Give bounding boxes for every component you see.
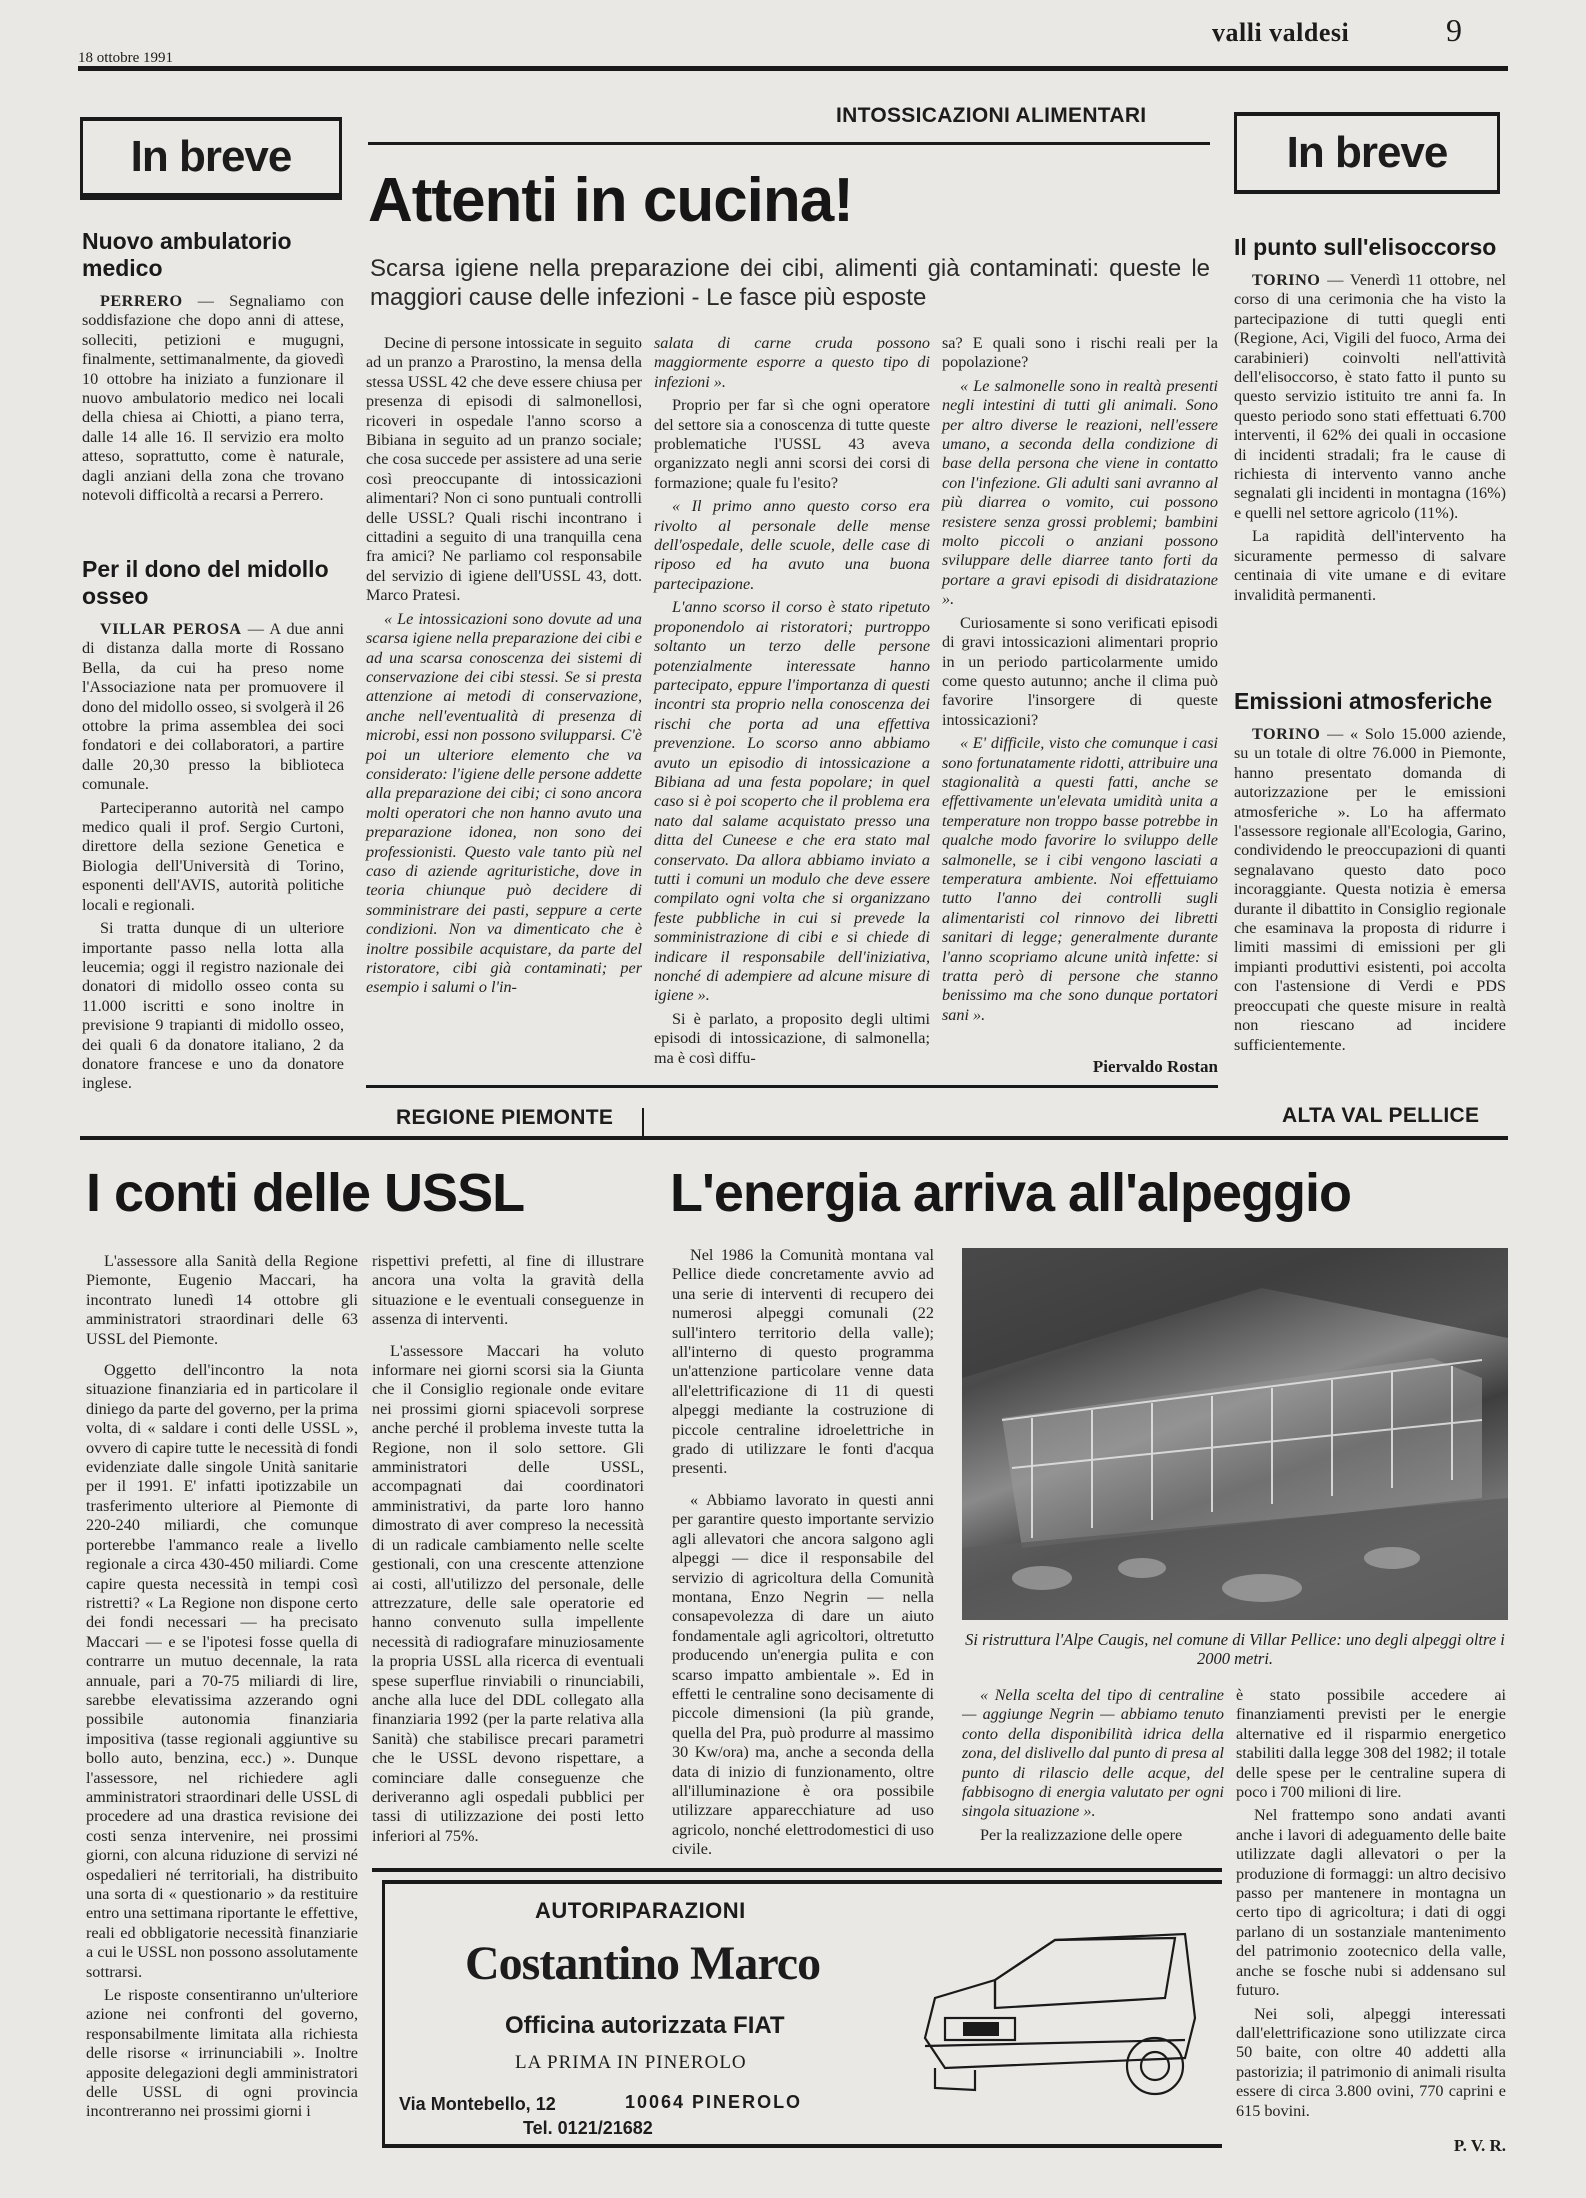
brief-title: Il punto sull'elisoccorso xyxy=(1234,234,1506,261)
dateline: TORINO xyxy=(1252,271,1320,289)
main-bottom-rule xyxy=(366,1085,1218,1088)
paragraph: Le risposte consentiranno un'ulteriore a… xyxy=(86,1986,358,2122)
paragraph: « Nella scelta del tipo di centraline — … xyxy=(962,1686,1224,1822)
paragraph: L'assessore Maccari ha voluto informare … xyxy=(372,1342,644,1847)
ad-city: 10064 PINEROLO xyxy=(625,2092,802,2113)
publication-name: valli valdesi xyxy=(1212,18,1349,48)
brief-body: TORINO — « Solo 15.000 aziende, su un to… xyxy=(1234,725,1506,1055)
brief-emissioni: Emissioni atmosferiche TORINO — « Solo 1… xyxy=(1234,688,1506,1055)
main-col-3: sa? E quali sono i rischi reali per la p… xyxy=(942,334,1218,1025)
car-illustration-icon xyxy=(905,1928,1205,2108)
alpeggio-col-3: è stato possibile accedere ai finanziame… xyxy=(1236,1686,1506,2121)
paragraph: Si è parlato, a proposito degli ultimi e… xyxy=(654,1010,930,1068)
paragraph: « Abbiamo lavorato in questi anni per ga… xyxy=(672,1491,934,1860)
advertisement-box: AUTORIPARAZIONI Costantino Marco Officin… xyxy=(382,1880,1222,2148)
photo-caption: Si ristruttura l'Alpe Caugis, nel comune… xyxy=(962,1630,1508,1668)
main-byline: Piervaldo Rostan xyxy=(942,1057,1218,1077)
dateline: TORINO xyxy=(1252,725,1320,743)
paragraph: salata di carne cruda possono maggiormen… xyxy=(654,334,930,392)
paragraph: « Le intossicazioni sono dovute ad una s… xyxy=(366,610,642,998)
main-kicker-rule xyxy=(368,142,1210,145)
ad-slogan: LA PRIMA IN PINEROLO xyxy=(515,2052,747,2074)
left-brief-top-rule xyxy=(80,197,342,200)
ussl-headline: I conti delle USSL xyxy=(86,1162,524,1224)
ad-category: AUTORIPARAZIONI xyxy=(535,1898,746,1924)
ad-phone: Tel. 0121/21682 xyxy=(523,2118,653,2139)
in-breve-label-right: In breve xyxy=(1234,112,1500,194)
main-headline: Attenti in cucina! xyxy=(368,166,853,236)
masthead-rule xyxy=(78,66,1508,71)
paragraph: rispettivi prefetti, al fine di illustra… xyxy=(372,1252,644,1330)
paragraph: Si tratta dunque di un ulteriore importa… xyxy=(82,919,344,1094)
paragraph: « E' difficile, visto che comunque i cas… xyxy=(942,734,1218,1025)
bottom-section-divider xyxy=(642,1108,644,1138)
paragraph: Curiosamente si sono verificati episodi … xyxy=(942,614,1218,730)
ussl-col-1: L'assessore alla Sanità della Regione Pi… xyxy=(86,1252,358,2122)
brief-midollo: Per il dono del midollo osseo VILLAR PER… xyxy=(82,556,344,1094)
paragraph: Nei soli, alpeggi interessati dall'elett… xyxy=(1236,2005,1506,2121)
ussl-col-2: rispettivi prefetti, al fine di illustra… xyxy=(372,1252,644,1846)
page-number: 9 xyxy=(1446,12,1462,49)
paragraph: sa? E quali sono i rischi reali per la p… xyxy=(942,334,1218,373)
paragraph: Nel frattempo sono andati avanti anche i… xyxy=(1236,1806,1506,2000)
main-col-2: salata di carne cruda possono maggiormen… xyxy=(654,334,930,1068)
paragraph: La rapidità dell'intervento ha sicuramen… xyxy=(1234,527,1506,605)
paragraph: Oggetto dell'incontro la nota situazione… xyxy=(86,1361,358,1982)
paragraph: Proprio per far sì che ogni operatore de… xyxy=(654,396,930,493)
ad-tagline: Officina autorizzata FIAT xyxy=(505,2012,785,2040)
paragraph: « Le salmonelle sono in realtà presenti … xyxy=(942,377,1218,610)
ad-address: Via Montebello, 12 xyxy=(399,2094,556,2115)
main-col-1: Decine di persone intossicate in seguito… xyxy=(366,334,642,998)
brief-title: Nuovo ambulatorio medico xyxy=(82,228,344,282)
alpeggio-headline: L'energia arriva all'alpeggio xyxy=(670,1162,1351,1224)
main-subhead: Scarsa igiene nella preparazione dei cib… xyxy=(370,254,1210,312)
brief-elisoccorso: Il punto sull'elisoccorso TORINO — Vener… xyxy=(1234,234,1506,605)
main-kicker: INTOSSICAZIONI ALIMENTARI xyxy=(836,104,1146,128)
alpeggio-col-2: « Nella scelta del tipo di centraline — … xyxy=(962,1686,1224,1845)
paragraph: Parteciperanno autorità nel campo medico… xyxy=(82,799,344,915)
paragraph: — A due anni di distanza dalla morte di … xyxy=(82,620,344,793)
paragraph: è stato possibile accedere ai finanziame… xyxy=(1236,1686,1506,1802)
ad-top-rule xyxy=(372,1868,1222,1872)
brief-ambulatorio: Nuovo ambulatorio medico PERRERO — Segna… xyxy=(82,228,344,505)
alpeggio-kicker: ALTA VAL PELLICE xyxy=(1282,1104,1479,1128)
paragraph: Nel 1986 la Comunità montana val Pellice… xyxy=(672,1246,934,1479)
dateline: PERRERO xyxy=(100,292,183,310)
brief-body: VILLAR PEROSA — A due anni di distanza d… xyxy=(82,620,344,1094)
brief-title: Emissioni atmosferiche xyxy=(1234,688,1506,715)
paragraph: « Il primo anno questo corso era rivolto… xyxy=(654,497,930,594)
paragraph: L'anno scorso il corso è stato ripetuto … xyxy=(654,598,930,1006)
brief-title: Per il dono del midollo osseo xyxy=(82,556,344,610)
paragraph: — Segnaliamo con soddisfazione che dopo … xyxy=(82,292,344,504)
paragraph: — « Solo 15.000 aziende, su un totale di… xyxy=(1234,725,1506,1054)
brief-body: PERRERO — Segnaliamo con soddisfazione c… xyxy=(82,292,344,505)
ad-business-name: Costantino Marco xyxy=(465,1936,820,1991)
paragraph: — Venerdì 11 ottobre, nel corso di una c… xyxy=(1234,271,1506,522)
ussl-kicker: REGIONE PIEMONTE xyxy=(396,1106,613,1130)
paragraph: Decine di persone intossicate in seguito… xyxy=(366,334,642,606)
alpeggio-intro: Nel 1986 la Comunità montana val Pellice… xyxy=(672,1246,934,1860)
paragraph: Per la realizzazione delle opere xyxy=(962,1826,1224,1845)
bottom-section-rule xyxy=(80,1136,1508,1140)
alpeggio-byline: P. V. R. xyxy=(1236,2136,1506,2156)
in-breve-label-left: In breve xyxy=(80,117,342,197)
paragraph: L'assessore alla Sanità della Regione Pi… xyxy=(86,1252,358,1349)
brief-body: TORINO — Venerdì 11 ottobre, nel corso d… xyxy=(1234,271,1506,605)
page-date: 18 ottobre 1991 xyxy=(78,50,173,67)
alpe-caugis-photo xyxy=(962,1248,1508,1620)
building-site-illustration xyxy=(962,1248,1508,1620)
dateline: VILLAR PEROSA xyxy=(100,620,241,638)
